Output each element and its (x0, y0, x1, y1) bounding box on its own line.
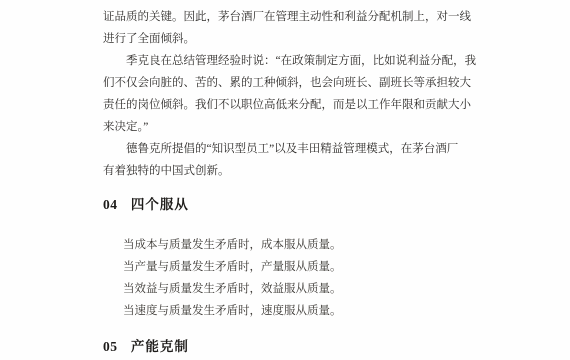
paragraph-2-line-1: 季克良在总结管理经验时说：“在政策制定方面，比如说利益分配，我 (103, 50, 474, 72)
section-heading-04: 04 四个服从 (103, 194, 474, 216)
paragraph-3-line-1: 德鲁克所提倡的“知识型员工”以及丰田精益管理模式，在茅台酒厂 (103, 138, 474, 160)
paragraph-1-line-2: 进行了全面倾斜。 (103, 28, 474, 50)
list-item-output: 当产量与质量发生矛盾时，产量服从质量。 (123, 256, 474, 278)
section-heading-05: 05 产能克制 (103, 336, 474, 358)
book-page: 证品质的关键。因此，茅台酒厂在管理主动性和利益分配机制上，对一线 进行了全面倾斜… (0, 0, 570, 360)
paragraph-1-line-1: 证品质的关键。因此，茅台酒厂在管理主动性和利益分配机制上，对一线 (103, 6, 474, 28)
principles-list: 当成本与质量发生矛盾时，成本服从质量。 当产量与质量发生矛盾时，产量服从质量。 … (123, 234, 474, 322)
section-04-title: 四个服从 (131, 197, 189, 212)
section-04-number: 04 (103, 194, 118, 216)
list-item-benefit: 当效益与质量发生矛盾时，效益服从质量。 (123, 278, 474, 300)
list-item-cost: 当成本与质量发生矛盾时，成本服从质量。 (123, 234, 474, 256)
section-05-number: 05 (103, 336, 118, 358)
paragraph-2-line-2: 们不仅会向脏的、苦的、累的工种倾斜，也会向班长、副班长等承担较大 (103, 72, 474, 94)
section-05-title: 产能克制 (131, 339, 189, 354)
paragraph-2-line-4: 来决定。” (103, 116, 474, 138)
paragraph-2-line-3: 责任的岗位倾斜。我们不以职位高低来分配，而是以工作年限和贡献大小 (103, 94, 474, 116)
list-item-speed: 当速度与质量发生矛盾时，速度服从质量。 (123, 300, 474, 322)
page-body: 证品质的关键。因此，茅台酒厂在管理主动性和利益分配机制上，对一线 进行了全面倾斜… (0, 0, 570, 358)
paragraph-3-line-2: 有着独特的中国式创新。 (103, 160, 474, 182)
